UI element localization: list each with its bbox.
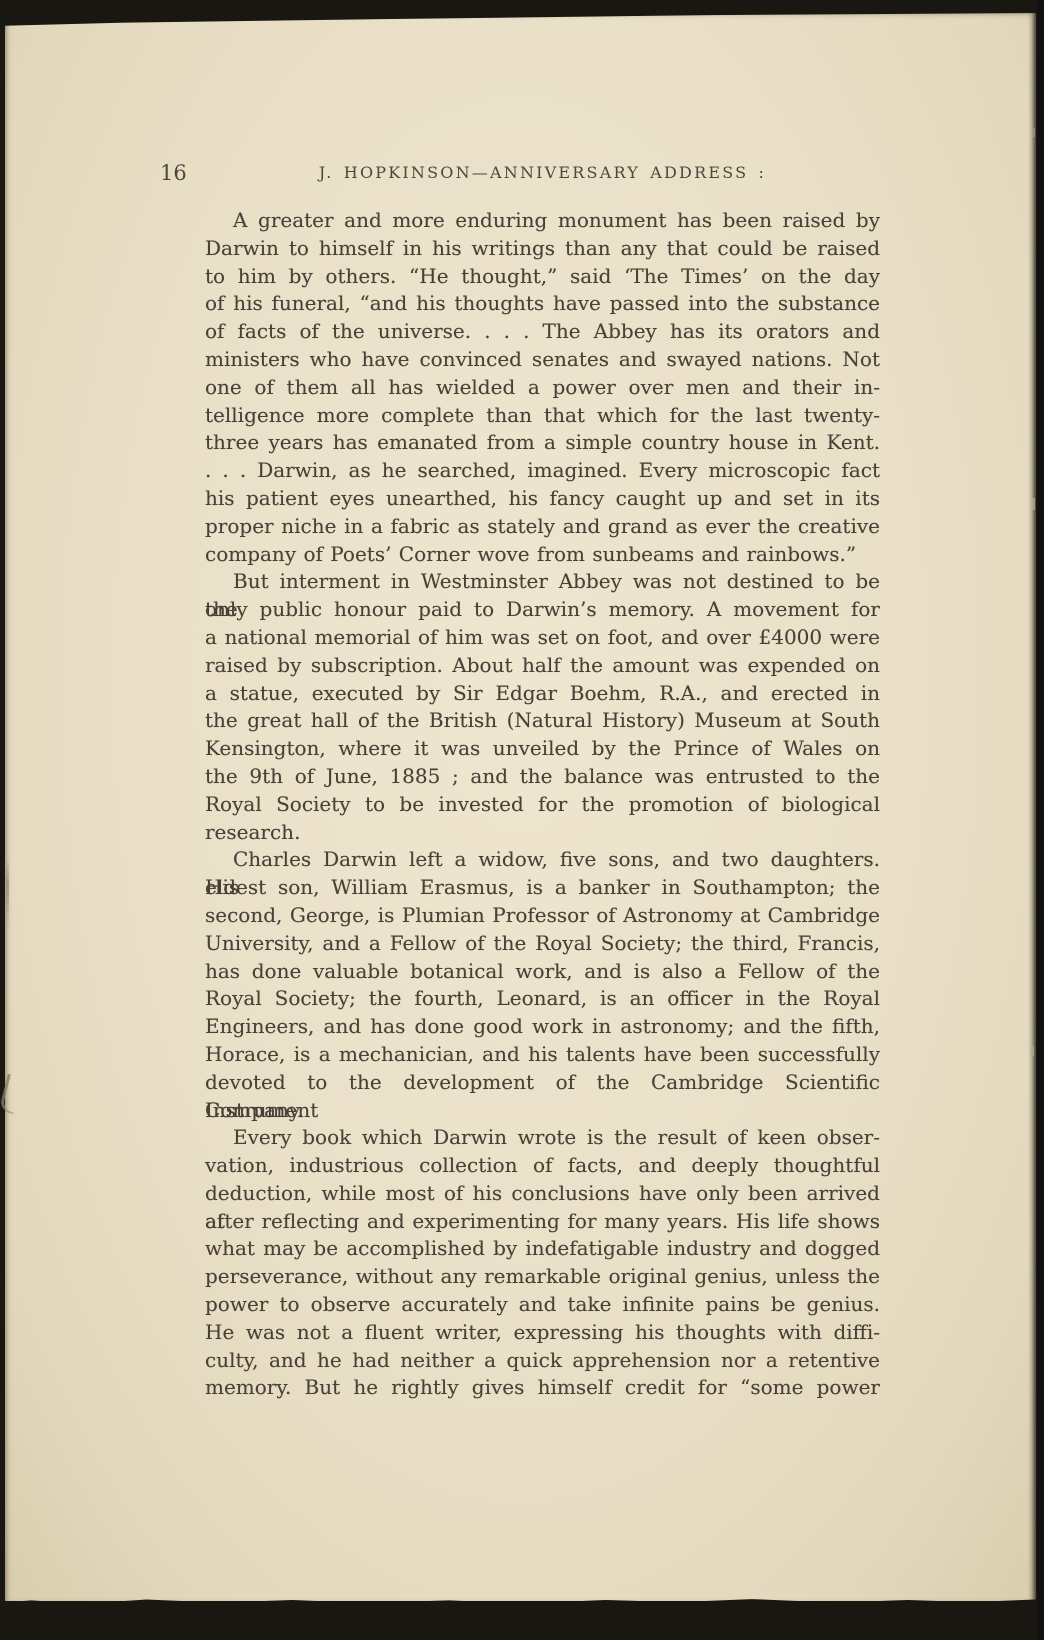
- text-line: University, and a Fellow of the Royal So…: [205, 930, 880, 958]
- text-line: ministers who have convinced senates and…: [205, 346, 880, 374]
- scan-speck: [1032, 128, 1035, 137]
- text-line: devoted to the development of the Cambri…: [205, 1069, 880, 1097]
- page-edge-shadow: [1028, 13, 1036, 1601]
- text-line: He was not a fluent writer, expressing h…: [205, 1319, 880, 1347]
- text-line: Royal Society to be invested for the pro…: [205, 791, 880, 819]
- scan-scratch-mark: [0, 1074, 22, 1115]
- text-line: a statue, executed by Sir Edgar Boehm, R…: [205, 680, 880, 708]
- text-line: But interment in Westminster Abbey was n…: [205, 568, 880, 596]
- text-line: the 9th of June, 1885 ; and the balance …: [205, 763, 880, 791]
- text-line: memory. But he rightly gives himself cre…: [205, 1374, 880, 1402]
- paragraph: A greater and more enduring monument has…: [205, 207, 880, 568]
- text-line: raised by subscription. About half the a…: [205, 652, 880, 680]
- text-line: company of Poets’ Corner wove from sunbe…: [205, 541, 880, 569]
- scan-border-right: [1037, 0, 1044, 1640]
- text-line: Charles Darwin left a widow, five sons, …: [205, 846, 880, 874]
- scan-border-bottom: [0, 1596, 1044, 1640]
- text-line: vation, industrious collection of facts,…: [205, 1152, 880, 1180]
- text-line: power to observe accurately and take inf…: [205, 1291, 880, 1319]
- page-number: 16: [160, 161, 187, 185]
- running-head-title: J. HOPKINSON—ANNIVERSARY ADDRESS :: [205, 161, 880, 185]
- text-line: eldest son, William Erasmus, is a banker…: [205, 874, 880, 902]
- running-head: 16 J. HOPKINSON—ANNIVERSARY ADDRESS :: [205, 161, 880, 191]
- text-line: deduction, while most of his conclusions…: [205, 1180, 880, 1208]
- text-line: proper niche in a fabric as stately and …: [205, 513, 880, 541]
- text-line: has done valuable botanical work, and is…: [205, 958, 880, 986]
- text-line: telligence more complete than that which…: [205, 402, 880, 430]
- text-line: A greater and more enduring monument has…: [205, 207, 880, 235]
- text-line: to him by others. “He thought,” said ‘Th…: [205, 263, 880, 291]
- scan-scratch-mark: [6, 858, 9, 928]
- paragraph: Every book which Darwin wrote is the res…: [205, 1124, 880, 1402]
- book-page: 16 J. HOPKINSON—ANNIVERSARY ADDRESS : A …: [5, 13, 1036, 1601]
- text-line: his patient eyes unearthed, his fancy ca…: [205, 485, 880, 513]
- body-text: A greater and more enduring monument has…: [205, 207, 880, 1402]
- text-line: of facts of the universe. . . . The Abbe…: [205, 318, 880, 346]
- text-line: after reflecting and experimenting for m…: [205, 1208, 880, 1236]
- paragraph: But interment in Westminster Abbey was n…: [205, 568, 880, 846]
- scan-speck: [1030, 1046, 1034, 1056]
- text-line: one of them all has wielded a power over…: [205, 374, 880, 402]
- text-line: what may be accomplished by indefatigabl…: [205, 1235, 880, 1263]
- text-line: three years has emanated from a simple c…: [205, 429, 880, 457]
- text-line: the great hall of the British (Natural H…: [205, 707, 880, 735]
- text-line: Engineers, and has done good work in ast…: [205, 1013, 880, 1041]
- text-line: . . . Darwin, as he searched, imagined. …: [205, 457, 880, 485]
- text-line: perseverance, without any remarkable ori…: [205, 1263, 880, 1291]
- scanned-book-page: 16 J. HOPKINSON—ANNIVERSARY ADDRESS : A …: [0, 0, 1044, 1640]
- text-line: culty, and he had neither a quick appreh…: [205, 1347, 880, 1375]
- text-line: Darwin to himself in his writings than a…: [205, 235, 880, 263]
- paragraph: Charles Darwin left a widow, five sons, …: [205, 846, 880, 1124]
- text-line: Royal Society; the fourth, Leonard, is a…: [205, 985, 880, 1013]
- text-line: of his funeral, “and his thoughts have p…: [205, 290, 880, 318]
- text-line: Kensington, where it was unveiled by the…: [205, 735, 880, 763]
- text-line: Horace, is a mechanician, and his talent…: [205, 1041, 880, 1069]
- text-line: Every book which Darwin wrote is the res…: [205, 1124, 880, 1152]
- text-line: research.: [205, 819, 880, 847]
- text-line: a national memorial of him was set on fo…: [205, 624, 880, 652]
- text-line: second, George, is Plumian Professor of …: [205, 902, 880, 930]
- text-line: only public honour paid to Darwin’s memo…: [205, 596, 880, 624]
- scan-speck: [1031, 498, 1035, 510]
